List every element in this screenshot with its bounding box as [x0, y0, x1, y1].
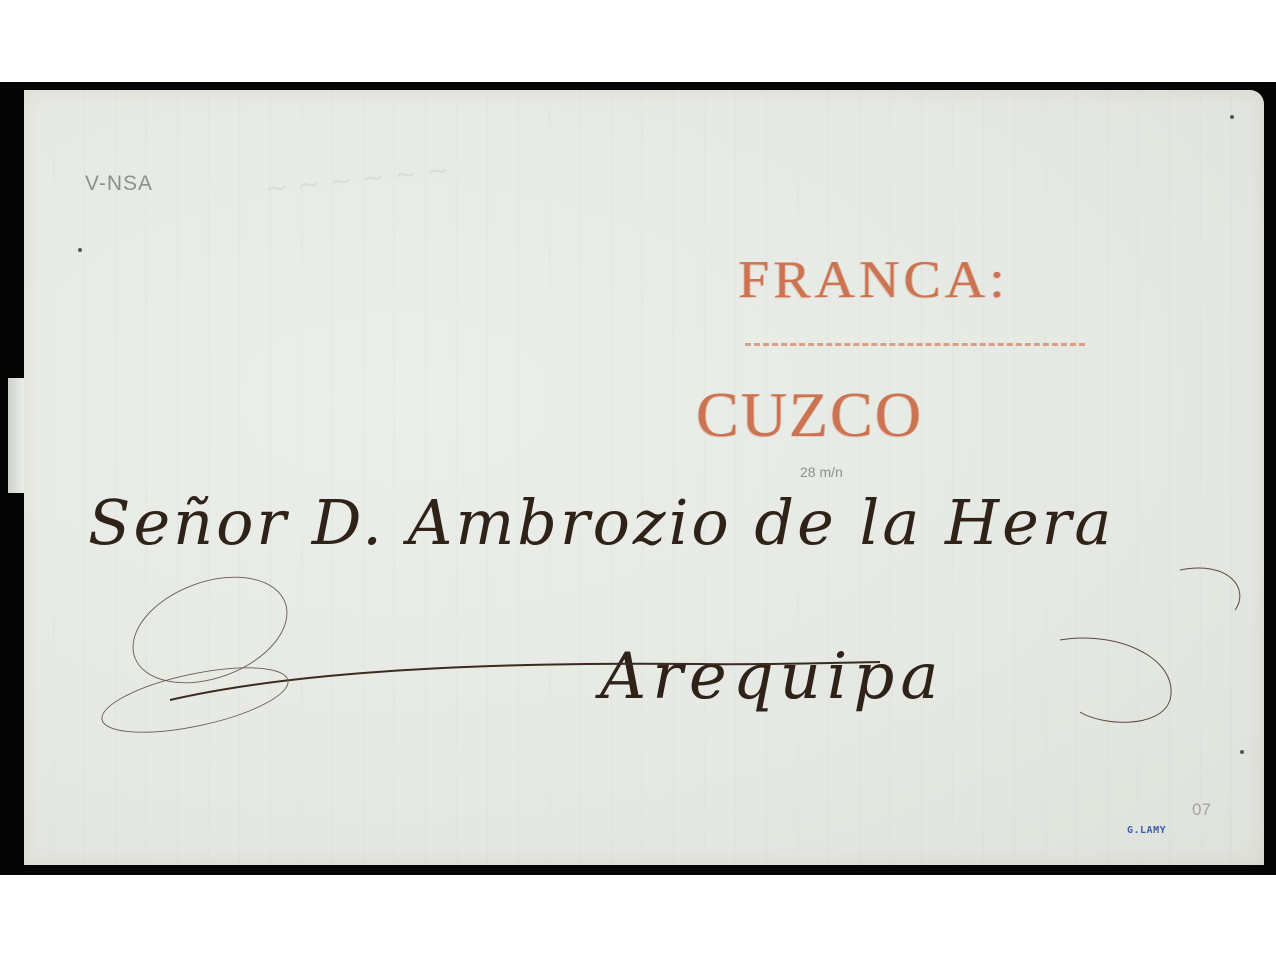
ink-speck: [1240, 750, 1244, 754]
calligraphy-flourishes: [0, 0, 1276, 956]
ink-speck: [78, 248, 82, 252]
expert-signature-stamp: G.LAMY: [1127, 825, 1166, 836]
pencil-note-bottom-right: 07: [1192, 800, 1211, 820]
ink-speck: [1230, 115, 1234, 119]
